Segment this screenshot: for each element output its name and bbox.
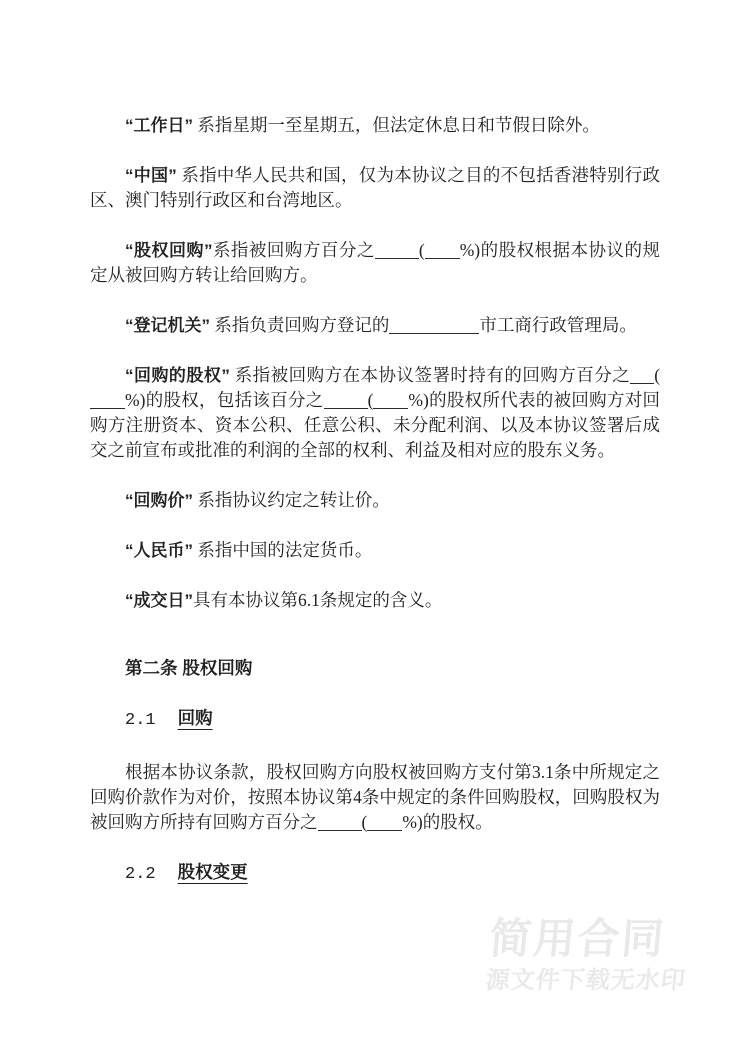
clause-heading: 2.2股权变更	[90, 860, 660, 887]
defined-term: “工作日”	[125, 116, 193, 135]
paragraph: “回购价” 系指协议约定之转让价。	[90, 488, 660, 513]
paragraph: “股权回购”系指被回购方百分之(%)的股权根据本协议的规定从被回购方转让给回购方…	[90, 238, 660, 288]
defined-term: “中国”	[125, 166, 177, 185]
paragraph: “工作日” 系指星期一至星期五，但法定休息日和节假日除外。	[90, 113, 660, 138]
watermark: 简用合同 源文件下载无水印	[485, 918, 692, 993]
body-text: %)的股权，包括该百分之	[125, 390, 324, 410]
body-text: 系指中国的法定货币。	[193, 540, 372, 560]
blank-field	[375, 243, 419, 259]
body-text: (	[654, 365, 660, 385]
blank-field	[324, 393, 368, 409]
defined-term: “回购的股权”	[125, 366, 230, 385]
paragraph: “成交日”具有本协议第6.1条规定的含义。	[90, 588, 660, 613]
blank-field	[425, 243, 460, 259]
body-text: 具有本协议第6.1条规定的含义。	[193, 590, 442, 610]
paragraph: “回购的股权” 系指被回购方在本协议签署时持有的回购方百分之(%)的股权，包括该…	[90, 363, 660, 463]
blank-field	[389, 318, 479, 334]
defined-term: “登记机关”	[125, 316, 210, 335]
body-text: 系指被回购方百分之	[212, 240, 374, 260]
paragraph: “人民币” 系指中国的法定货币。	[90, 538, 660, 563]
clause-title: 股权变更	[178, 862, 248, 882]
blank-field	[630, 368, 654, 384]
clause-title: 回购	[178, 708, 213, 728]
defined-term: “人民币”	[125, 541, 193, 560]
defined-term: “成交日”	[125, 591, 193, 610]
clause-number: 2.1	[125, 708, 156, 733]
watermark-tagline: 源文件下载无水印	[485, 969, 687, 993]
body-text: 系指星期一至星期五，但法定休息日和节假日除外。	[193, 115, 600, 135]
body-text: 系指被回购方在本协议签署时持有的回购方百分之	[230, 365, 630, 385]
blank-field	[318, 815, 362, 831]
defined-term: “回购价”	[125, 491, 193, 510]
defined-term: “股权回购”	[125, 241, 212, 260]
contract-page-body: “工作日” 系指星期一至星期五，但法定休息日和节假日除外。“中国” 系指中华人民…	[90, 113, 660, 914]
blank-field	[373, 393, 408, 409]
clause-heading: 2.1回购	[90, 706, 660, 733]
paragraph: 根据本协议条款，股权回购方向股权被回购方支付第3.1条中所规定之回购价款作为对价…	[90, 760, 660, 835]
blank-field	[367, 815, 402, 831]
body-text: 系指负责回购方登记的	[210, 315, 389, 335]
blank-field	[90, 393, 125, 409]
watermark-brand: 简用合同	[488, 918, 692, 960]
paragraph: “中国” 系指中华人民共和国，仅为本协议之目的不包括香港特别行政区、澳门特别行政…	[90, 163, 660, 213]
body-text: 系指协议约定之转让价。	[193, 490, 390, 510]
paragraph: “登记机关” 系指负责回购方登记的市工商行政管理局。	[90, 313, 660, 338]
body-text: %)的股权。	[402, 812, 492, 832]
article-heading: 第二条 股权回购	[90, 656, 660, 681]
body-text: 市工商行政管理局。	[479, 315, 637, 335]
clause-number: 2.2	[125, 862, 156, 887]
